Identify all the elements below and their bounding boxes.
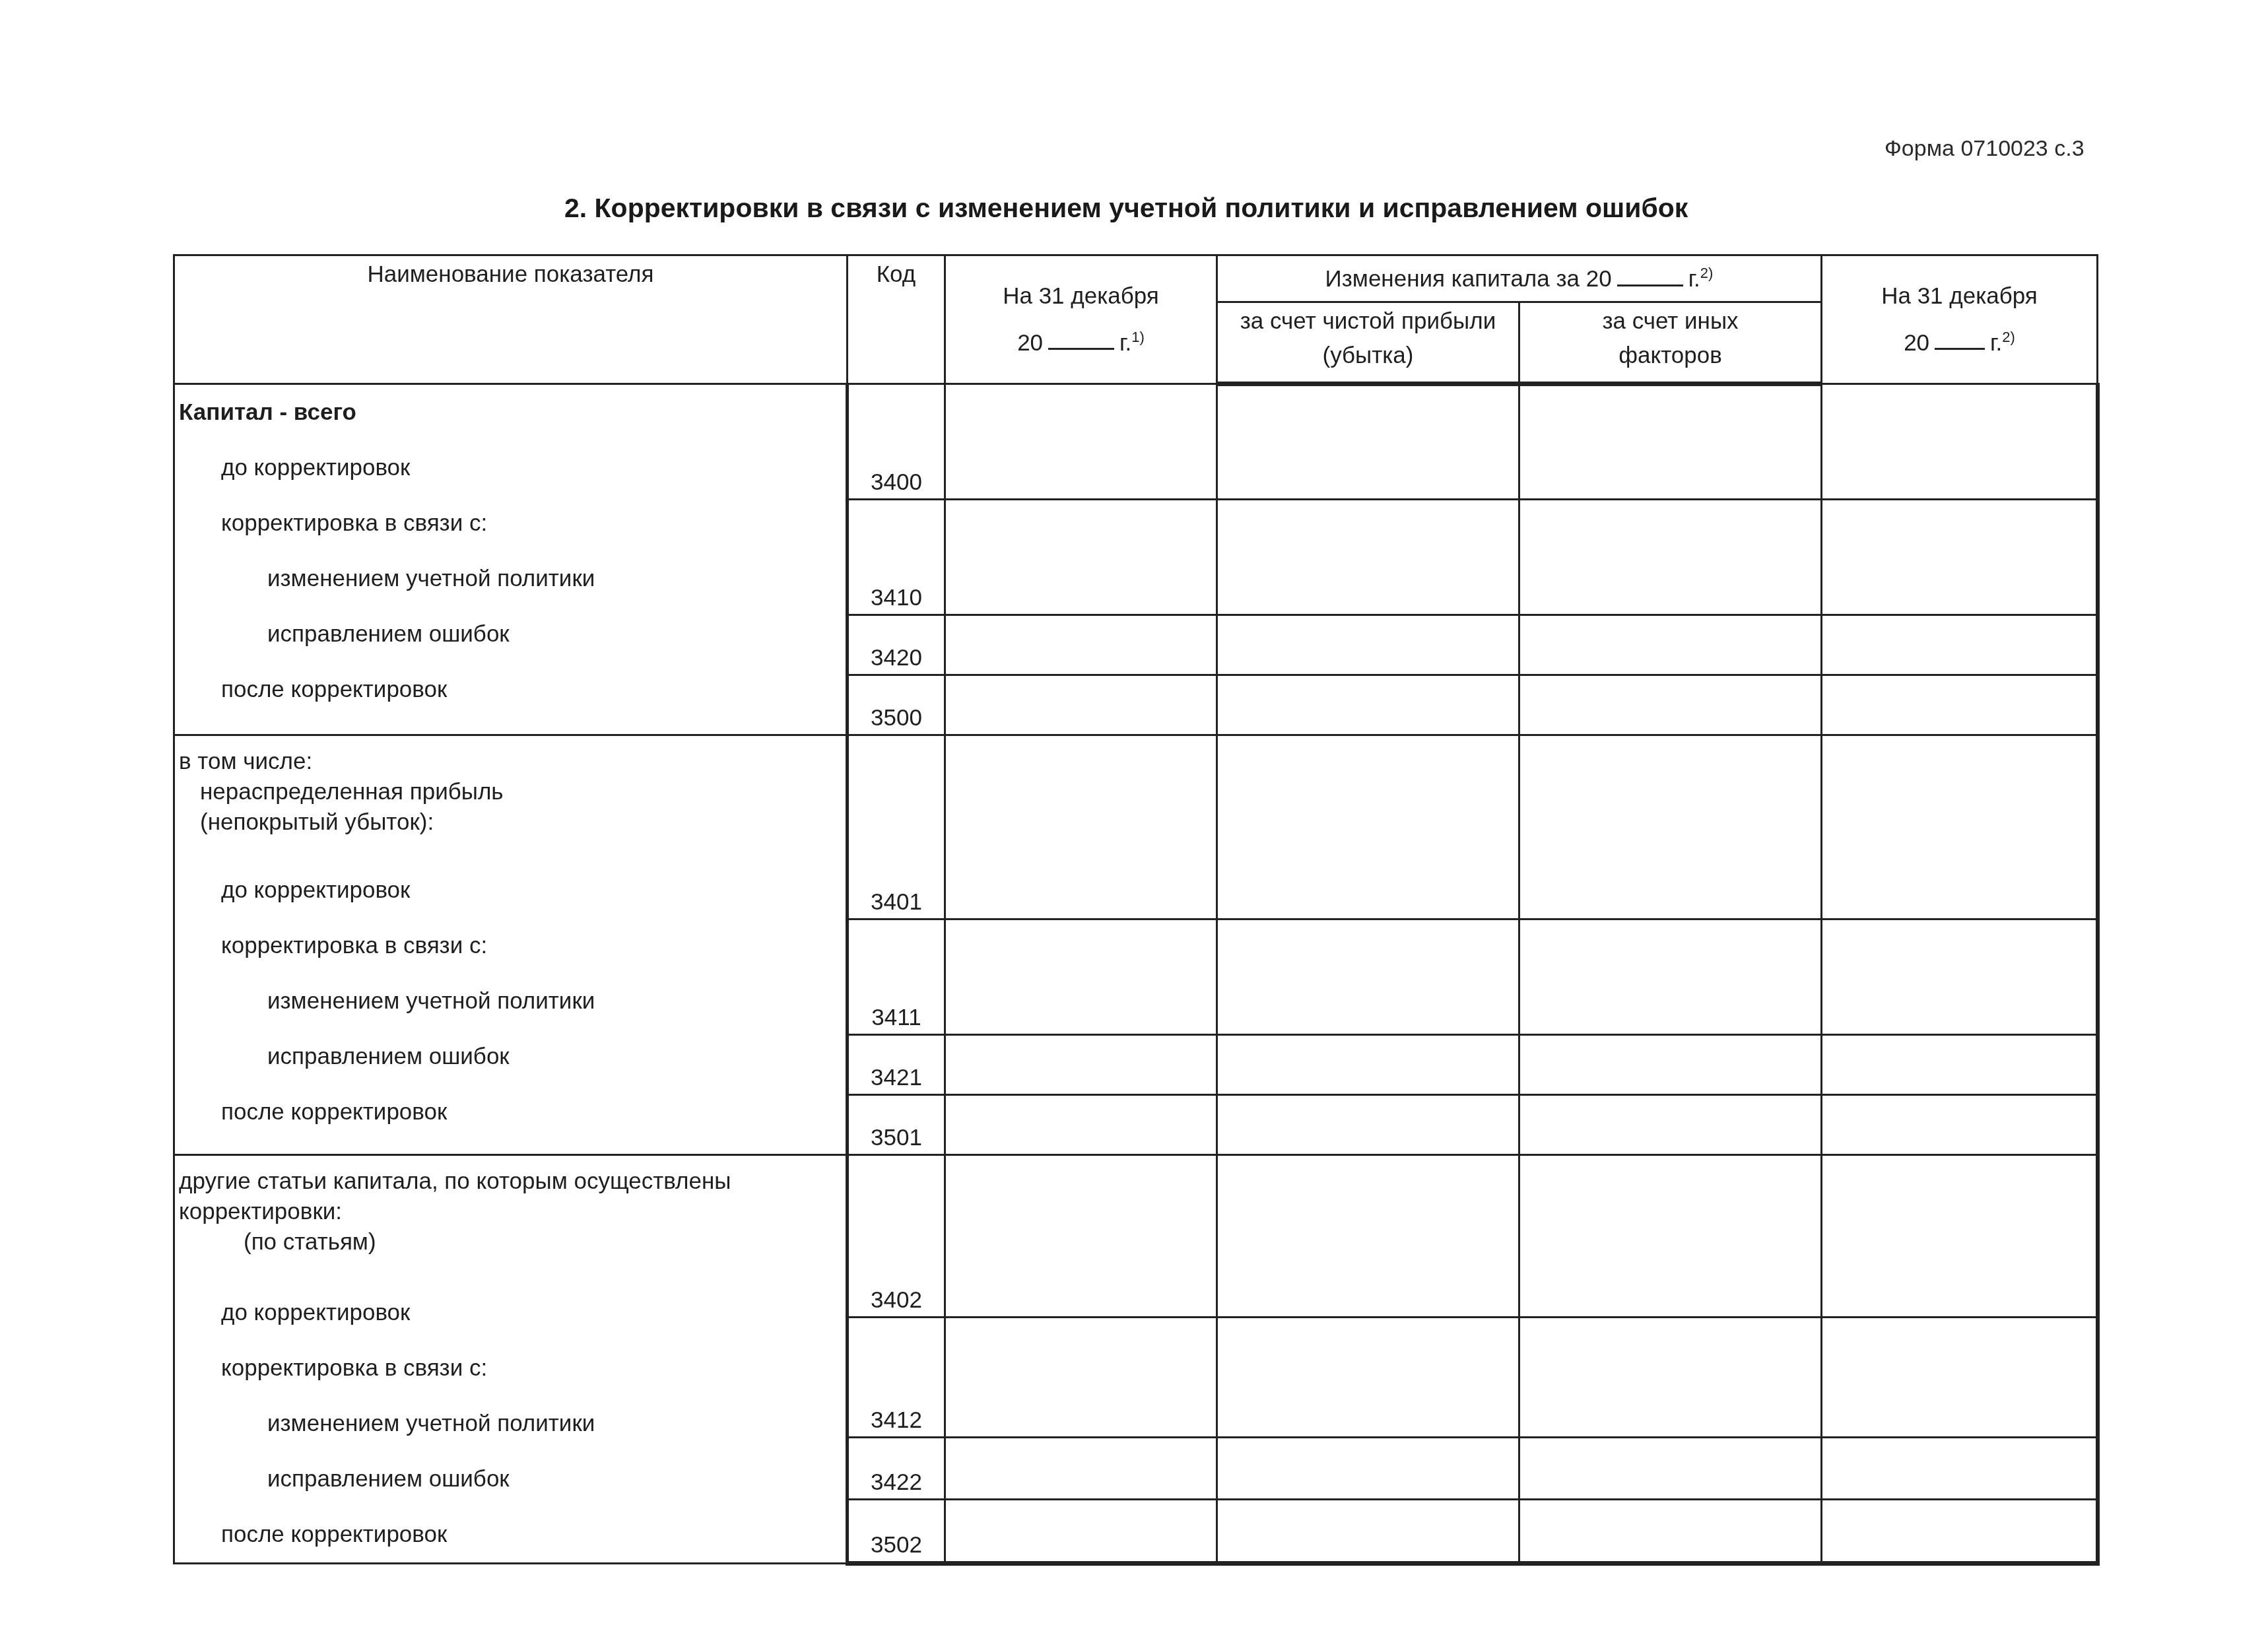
value-cell[interactable] [1217,735,1519,919]
group-title: (непокрытый убыток): [175,807,846,838]
header-date-end-prefix: 20 [1904,329,1929,355]
value-cell[interactable] [1519,615,1822,675]
value-cell[interactable] [1217,919,1519,1035]
group-title: корректировки: [175,1197,846,1227]
value-cell[interactable] [1822,615,2098,675]
value-cell[interactable] [1217,1155,1519,1318]
value-cell[interactable] [1822,500,2098,615]
row-code: 3502 [848,1500,945,1564]
header-date-end-label: На 31 декабря [1822,276,2096,317]
header-capital-changes-prefix: Изменения капитала за 20 [1325,266,1612,292]
value-cell[interactable] [945,1500,1217,1564]
row-label-prefix: корректировка в связи с: [175,918,846,974]
row-label: до корректировок [175,863,846,918]
row-label: исправлением ошибок [175,1029,846,1085]
header-other-factors-line1: за счет иных [1520,304,1820,339]
row-label: после корректировок [175,1085,846,1140]
value-cell[interactable] [1217,500,1519,615]
value-cell[interactable] [1822,1437,2098,1500]
value-cell[interactable] [945,919,1217,1035]
header-date-end: На 31 декабря 20г.2) [1822,255,2098,384]
header-date-start-suffix: г. [1119,329,1131,355]
value-cell[interactable] [1217,1437,1519,1500]
value-cell[interactable] [945,384,1217,500]
value-cell[interactable] [1217,1500,1519,1564]
value-cell[interactable] [1822,1500,2098,1564]
group-title: (по статьям) [175,1227,846,1257]
header-code: Код [848,255,945,384]
value-cell[interactable] [945,1095,1217,1155]
group-title: в том числе: [175,747,846,777]
value-cell[interactable] [945,675,1217,735]
corrections-table: Наименование показателя Код На 31 декабр… [173,254,2100,1566]
row-label: до корректировок [175,1285,846,1341]
value-cell[interactable] [945,1035,1217,1095]
indicator-group: в том числе:нераспределенная прибыль(неп… [174,735,848,1155]
footnote-marker: 2) [2002,329,2015,345]
row-label: изменением учетной политики [175,974,846,1029]
value-cell[interactable] [1519,919,1822,1035]
value-cell[interactable] [1217,615,1519,675]
row-label-prefix: корректировка в связи с: [175,1341,846,1396]
footnote-marker: 2) [1700,265,1714,281]
value-cell[interactable] [1519,1095,1822,1155]
value-cell[interactable] [1217,1035,1519,1095]
value-cell[interactable] [1822,1155,2098,1318]
value-cell[interactable] [1519,1035,1822,1095]
row-code: 3401 [848,735,945,919]
header-date-end-suffix: г. [1990,329,2002,355]
table-body: Капитал - всегодо корректировоккорректир… [174,384,2098,1564]
table-row: в том числе:нераспределенная прибыль(неп… [174,735,2098,919]
value-cell[interactable] [1822,919,2098,1035]
row-code: 3500 [848,675,945,735]
value-cell[interactable] [1822,384,2098,500]
header-capital-changes-suffix: г. [1688,266,1700,292]
header-other-factors: за счет иных факторов [1519,302,1822,384]
indicator-group: другие статьи капитала, по которым осуще… [174,1155,848,1564]
value-cell[interactable] [1217,675,1519,735]
row-label-prefix: корректировка в связи с: [175,496,846,551]
header-date-start-label: На 31 декабря [946,276,1216,317]
value-cell[interactable] [1217,1095,1519,1155]
value-cell[interactable] [945,1437,1217,1500]
year-blank[interactable] [1048,328,1114,350]
header-date-start-prefix: 20 [1017,329,1043,355]
value-cell[interactable] [1822,1095,2098,1155]
value-cell[interactable] [1519,384,1822,500]
row-code: 3400 [848,384,945,500]
indicator-group: Капитал - всегодо корректировоккорректир… [174,384,848,735]
value-cell[interactable] [1217,384,1519,500]
value-cell[interactable] [1822,1035,2098,1095]
value-cell[interactable] [1519,1437,1822,1500]
table-row: Капитал - всегодо корректировоккорректир… [174,384,2098,500]
header-capital-changes: Изменения капитала за 20г.2) [1217,255,1822,302]
row-code: 3411 [848,919,945,1035]
footnote-marker: 1) [1131,329,1145,345]
row-code: 3402 [848,1155,945,1318]
row-label: до корректировок [175,440,846,496]
row-label: после корректировок [175,662,846,718]
row-label: исправлением ошибок [175,607,846,662]
section-title: 2. Корректировки в связи с изменением уч… [564,193,1688,224]
value-cell[interactable] [945,1318,1217,1438]
row-code: 3422 [848,1437,945,1500]
value-cell[interactable] [1822,1318,2098,1438]
row-code: 3501 [848,1095,945,1155]
table-row: другие статьи капитала, по которым осуще… [174,1155,2098,1318]
group-title: нераспределенная прибыль [175,777,846,807]
row-label: изменением учетной политики [175,1396,846,1452]
value-cell[interactable] [945,1155,1217,1318]
value-cell[interactable] [1519,675,1822,735]
row-code: 3420 [848,615,945,675]
group-title: другие статьи капитала, по которым осуще… [175,1166,846,1197]
row-label: изменением учетной политики [175,551,846,607]
value-cell[interactable] [1217,1318,1519,1438]
value-cell[interactable] [1519,735,1822,919]
value-cell[interactable] [945,735,1217,919]
row-code: 3421 [848,1035,945,1095]
value-cell[interactable] [1822,735,2098,919]
year-blank[interactable] [1617,265,1683,286]
value-cell[interactable] [1519,1155,1822,1318]
value-cell[interactable] [1822,675,2098,735]
header-net-profit: за счет чистой прибыли (убытка) [1217,302,1519,384]
value-cell[interactable] [1519,500,1822,615]
row-label: исправлением ошибок [175,1452,846,1507]
value-cell[interactable] [945,500,1217,615]
header-other-factors-line2: факторов [1520,339,1820,373]
value-cell[interactable] [945,615,1217,675]
year-blank[interactable] [1935,328,1985,350]
form-number: Форма 0710023 с.3 [1884,136,2085,162]
header-indicator-name: Наименование показателя [174,255,848,384]
value-cell[interactable] [1519,1318,1822,1438]
header-date-start: На 31 декабря 20г.1) [945,255,1217,384]
row-code: 3410 [848,500,945,615]
row-code: 3412 [848,1318,945,1438]
value-cell[interactable] [1519,1500,1822,1564]
group-title: Капитал - всего [175,385,846,440]
row-label: после корректировок [175,1507,846,1562]
